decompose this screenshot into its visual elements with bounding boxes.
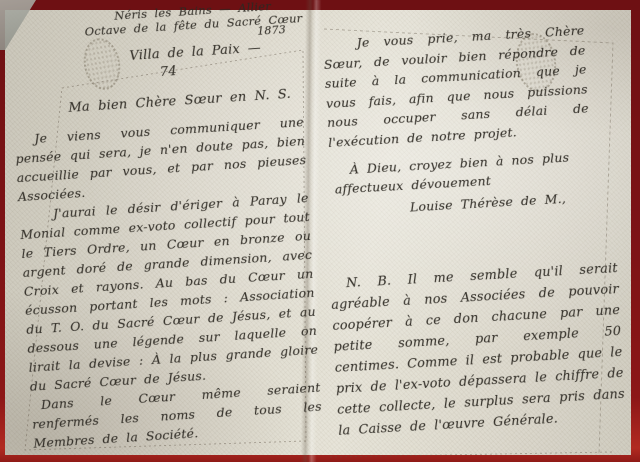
closing-formula: À Dieu, croyez bien à nos plus affectueu… [333, 147, 577, 198]
right-page: Je vous prie, ma très Chère Sœur, de vou… [316, 6, 631, 442]
letterhead: Néris les Bains — Allier Octave de la fê… [76, 0, 312, 85]
salutation: Ma bien Chère Sœur en N. S. [68, 86, 302, 116]
letter-paragraph: J'aurai le désir d'ériger à Paray le Mon… [19, 188, 320, 396]
letter-paragraph: Je vous prie, ma très Chère Sœur, de vou… [322, 20, 590, 151]
letter-photograph: Néris les Bains — Allier Octave de la fê… [0, 0, 640, 462]
postscript: N. B. Il me semble qu'il serait agréable… [330, 258, 627, 442]
left-page: Néris les Bains — Allier Octave de la fê… [7, 0, 324, 453]
